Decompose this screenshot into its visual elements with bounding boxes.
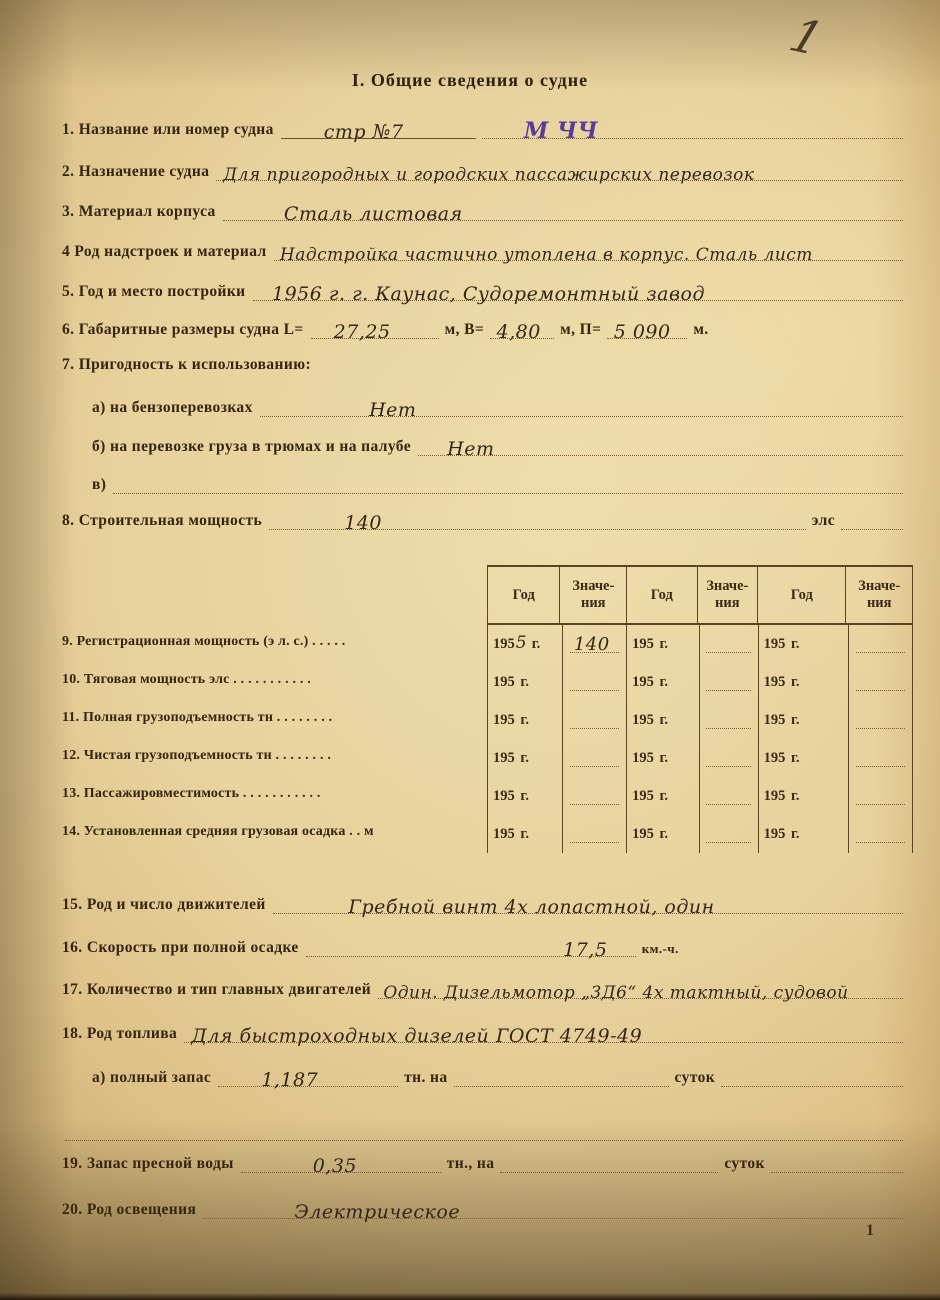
registration-table-grid: 1955 г.140195 г.195 г.195 г.195 г.195 г.…	[487, 625, 913, 853]
table-header-values-2: Значе- ния	[698, 567, 759, 623]
value-dotted-line: 140	[570, 636, 619, 653]
year-prefix: 195	[493, 750, 515, 767]
item-16-unit-label: км.-ч.	[639, 941, 682, 957]
item-15-row: 15. Род и число движителей Гребной винт …	[62, 893, 906, 914]
year-suffix: г.	[787, 826, 799, 843]
item-18a-trailing-line	[721, 1066, 903, 1087]
item-18a-handwritten-value: 1,187	[261, 1071, 318, 1090]
item-7a-row: а) на бензоперевозках Нет	[92, 396, 906, 417]
item-19-days-line	[500, 1152, 718, 1173]
item-17-row: 17. Количество и тип главных двигателей …	[62, 978, 906, 999]
item-1-handwritten-code: М ЧЧ	[524, 120, 598, 142]
year-suffix: г.	[656, 636, 668, 653]
item-3-label: 3. Материал корпуса	[62, 203, 220, 221]
item-3-row: 3. Материал корпуса Сталь листовая	[62, 200, 906, 221]
year-suffix: г.	[517, 826, 529, 843]
item-18a-row: а) полный запас 1,187 тн. на суток	[92, 1066, 906, 1087]
item-16-handwritten-value: 17,5	[563, 941, 607, 960]
year-suffix: г.	[787, 750, 799, 767]
year-suffix: г.	[787, 636, 799, 653]
value-dotted-line	[706, 674, 751, 691]
item-6-length-line: 27,25	[311, 318, 439, 339]
item-19-handwritten-value: 0,35	[313, 1157, 357, 1176]
item-9-label: 9. Регистрационная мощность (э л. с.) . …	[62, 634, 482, 650]
table-value-cell	[700, 701, 758, 739]
item-6-length-value: 27,25	[334, 323, 391, 342]
year-prefix: 195	[764, 712, 786, 729]
table-year-cell: 195 г.	[627, 701, 700, 739]
item-6-depth-value: 5 090	[614, 323, 671, 342]
item-1-line-continuation: М ЧЧ	[482, 118, 903, 139]
item-4-label: 4 Род надстроек и материал	[62, 243, 271, 261]
handwritten-year-digit: 5	[516, 633, 527, 653]
table-value-cell	[849, 777, 913, 815]
item-11-label: 11. Полная грузоподъемность тн . . . . .…	[62, 710, 482, 726]
item-16-line: 17,5	[306, 936, 636, 957]
item-17-line: Один. Дизельмотор „3Д6“ 4х тактный, судо…	[378, 978, 903, 999]
item-7a-label: а) на бензоперевозках	[92, 399, 257, 417]
table-value-cell	[563, 777, 627, 815]
item-7-row: 7. Пригодность к использованию:	[62, 356, 906, 374]
table-year-cell: 195 г.	[488, 663, 563, 701]
item-18-row: 18. Род топлива Для быстроходных дизелей…	[62, 1022, 906, 1043]
item-2-row: 2. Назначение судна Для пригородных и го…	[62, 160, 906, 181]
table-year-cell: 195 г.	[759, 777, 849, 815]
item-7c-line	[113, 473, 903, 494]
year-prefix: 195	[493, 636, 515, 653]
year-prefix: 195	[764, 674, 786, 691]
item-5-handwritten-value: 1956 г. г. Каунас, Судоремонтный завод	[272, 285, 705, 304]
item-3-handwritten-value: Сталь листовая	[284, 205, 463, 224]
item-14-label: 14. Установленная средняя грузовая осадк…	[62, 824, 482, 840]
item-19-row: 19. Запас пресной воды 0,35 тн., на суто…	[62, 1152, 906, 1173]
year-prefix: 195	[493, 788, 515, 805]
table-row: 1955 г.140195 г.195 г.	[488, 625, 913, 663]
item-4-handwritten-value: Надстройка частично утоплена в корпус. С…	[280, 247, 813, 264]
year-suffix: г.	[656, 826, 668, 843]
item-2-label: 2. Назначение судна	[62, 163, 213, 181]
item-1-handwritten-value: стр №7	[324, 123, 404, 142]
value-dotted-line	[570, 788, 619, 805]
item-15-handwritten-value: Гребной винт 4х лопастной, один	[348, 898, 714, 917]
item-18-line: Для быстроходных дизелей ГОСТ 4749-49	[184, 1022, 903, 1043]
item-6-beam-label: м, B=	[442, 321, 487, 339]
table-header: Год Значе- ния Год Значе- ния Год Значе-…	[487, 565, 913, 625]
year-prefix: 195	[764, 750, 786, 767]
year-prefix: 195	[493, 674, 515, 691]
table-value-cell	[563, 663, 627, 701]
item-18a-label: а) полный запас	[92, 1069, 215, 1087]
value-dotted-line	[706, 826, 751, 843]
item-18a-days-label: суток	[672, 1069, 719, 1087]
item-7b-row: б) на перевозке груза в трюмах и на палу…	[92, 435, 906, 456]
item-18a-unit-label: тн. на	[401, 1069, 450, 1087]
item-4-row: 4 Род надстроек и материал Надстройка ча…	[62, 240, 906, 261]
item-6-label: 6. Габаритные размеры судна L=	[62, 321, 308, 339]
item-18-label: 18. Род топлива	[62, 1025, 181, 1043]
table-value-cell	[700, 739, 758, 777]
item-8-unit-label: элс	[809, 512, 838, 530]
year-prefix: 195	[764, 826, 786, 843]
value-dotted-line	[706, 636, 751, 653]
item-2-line: Для пригородных и городских пассажирских…	[216, 160, 903, 181]
year-prefix: 195	[632, 750, 654, 767]
item-6-beam-line: 4,80	[490, 318, 554, 339]
item-7b-label: б) на перевозке груза в трюмах и на палу…	[92, 438, 415, 456]
item-5-line: 1956 г. г. Каунас, Судоремонтный завод	[253, 280, 904, 301]
table-value-cell	[700, 625, 758, 663]
item-18-handwritten-value: Для быстроходных дизелей ГОСТ 4749-49	[191, 1027, 642, 1046]
year-prefix: 195	[493, 826, 515, 843]
item-7a-line: Нет	[260, 396, 903, 417]
value-dotted-line	[570, 750, 619, 767]
value-dotted-line	[856, 674, 905, 691]
item-1-label: 1. Название или номер судна	[62, 121, 278, 139]
table-row: 195 г.195 г.195 г.	[488, 815, 913, 853]
item-19-trailing-line	[771, 1152, 903, 1173]
year-prefix: 195	[632, 674, 654, 691]
item-6-depth-label: м, П=	[557, 321, 604, 339]
table-year-cell: 195 г.	[627, 815, 700, 853]
table-year-cell: 195 г.	[627, 625, 700, 663]
table-year-cell: 195 г.	[488, 815, 563, 853]
item-7c-row: в)	[92, 473, 906, 494]
item-2-handwritten-value: Для пригородных и городских пассажирских…	[223, 167, 754, 184]
value-dotted-line	[706, 712, 751, 729]
table-value-cell	[563, 701, 627, 739]
item-20-row: 20. Род освещения Электрическое	[62, 1198, 906, 1219]
item-20-line: Электрическое	[203, 1198, 903, 1219]
table-row: 195 г.195 г.195 г.	[488, 701, 913, 739]
value-dotted-line	[570, 674, 619, 691]
item-10-label: 10. Тяговая мощность элс . . . . . . . .…	[62, 672, 482, 688]
item-17-handwritten-value: Один. Дизельмотор „3Д6“ 4х тактный, судо…	[383, 985, 848, 1002]
year-prefix: 195	[632, 788, 654, 805]
table-year-cell: 195 г.	[759, 739, 849, 777]
year-prefix: 195	[764, 788, 786, 805]
year-suffix: г.	[656, 674, 668, 691]
form-title: I. Общие сведения о судне	[0, 70, 940, 91]
year-suffix: г.	[517, 750, 529, 767]
item-5-label: 5. Год и место постройки	[62, 283, 250, 301]
handwritten-table-value: 140	[574, 636, 610, 654]
item-12-label: 12. Чистая грузоподъемность тн . . . . .…	[62, 748, 482, 764]
table-header-values-1: Значе- ния	[560, 567, 627, 623]
year-prefix: 195	[493, 712, 515, 729]
item-7b-line: Нет	[418, 435, 903, 456]
table-header-year-1: Год	[488, 567, 560, 623]
table-year-cell: 195 г.	[627, 777, 700, 815]
blank-continuation-line	[65, 1120, 903, 1141]
table-value-cell	[700, 777, 758, 815]
item-7b-handwritten-value: Нет	[447, 440, 494, 459]
table-header-values-3: Значе- ния	[846, 567, 913, 623]
item-18a-days-line	[454, 1066, 669, 1087]
item-7a-handwritten-value: Нет	[369, 401, 416, 420]
year-suffix: г.	[517, 712, 529, 729]
table-year-cell: 195 г.	[759, 625, 849, 663]
item-6-unit-label: м.	[690, 321, 711, 339]
value-dotted-line	[856, 636, 905, 653]
table-year-cell: 195 г.	[759, 815, 849, 853]
item-15-line: Гребной винт 4х лопастной, один	[273, 893, 903, 914]
year-suffix: г.	[787, 788, 799, 805]
year-prefix: 195	[632, 712, 654, 729]
table-year-cell: 195 г.	[488, 777, 563, 815]
item-5-row: 5. Год и место постройки 1956 г. г. Каун…	[62, 280, 906, 301]
table-value-cell	[849, 701, 913, 739]
table-year-cell: 195 г.	[759, 663, 849, 701]
scanned-form-page: 1 I. Общие сведения о судне 1. Название …	[0, 0, 940, 1300]
item-16-row: 16. Скорость при полной осадке 17,5 км.-…	[62, 936, 682, 957]
item-6-row: 6. Габаритные размеры судна L= 27,25 м, …	[62, 318, 906, 339]
item-6-beam-value: 4,80	[497, 323, 541, 342]
table-year-cell: 195 г.	[759, 701, 849, 739]
value-dotted-line	[856, 750, 905, 767]
table-row: 195 г.195 г.195 г.	[488, 739, 913, 777]
table-header-year-2: Год	[627, 567, 698, 623]
year-suffix: г.	[656, 750, 668, 767]
table-value-cell	[700, 815, 758, 853]
table-value-cell	[849, 815, 913, 853]
item-16-label: 16. Скорость при полной осадке	[62, 939, 303, 957]
table-value-cell: 140	[563, 625, 627, 663]
item-18a-line: 1,187	[218, 1066, 398, 1087]
blank-continuation-row	[62, 1120, 906, 1141]
item-6-depth-line: 5 090	[607, 318, 687, 339]
table-year-cell: 195 г.	[488, 739, 563, 777]
item-19-unit-label: тн., на	[444, 1155, 498, 1173]
year-suffix: г.	[787, 674, 799, 691]
year-prefix: 195	[632, 826, 654, 843]
year-suffix: г.	[656, 712, 668, 729]
table-value-cell	[700, 663, 758, 701]
item-15-label: 15. Род и число движителей	[62, 896, 270, 914]
table-row: 195 г.195 г.195 г.	[488, 663, 913, 701]
registration-table: Год Значе- ния Год Значе- ния Год Значе-…	[487, 565, 913, 853]
year-prefix: 195	[764, 636, 786, 653]
value-dotted-line	[570, 826, 619, 843]
value-dotted-line	[706, 788, 751, 805]
year-suffix: г.	[787, 712, 799, 729]
item-19-line: 0,35	[241, 1152, 441, 1173]
table-year-cell: 195 г.	[627, 739, 700, 777]
table-value-cell	[563, 739, 627, 777]
item-7-label: 7. Пригодность к использованию:	[62, 356, 315, 374]
table-value-cell	[849, 663, 913, 701]
item-8-trailing-line	[841, 509, 903, 530]
value-dotted-line	[570, 712, 619, 729]
table-row: 195 г.195 г.195 г.	[488, 777, 913, 815]
value-dotted-line	[856, 826, 905, 843]
item-4-line: Надстройка частично утоплена в корпус. С…	[274, 240, 903, 261]
printed-page-number: 1	[866, 1222, 874, 1240]
item-8-line: 140	[269, 509, 806, 530]
year-suffix: г.	[517, 788, 529, 805]
item-19-label: 19. Запас пресной воды	[62, 1155, 238, 1173]
table-header-year-3: Год	[758, 567, 846, 623]
table-year-cell: 195 г.	[488, 701, 563, 739]
item-20-handwritten-value: Электрическое	[294, 1203, 460, 1222]
year-suffix: г.	[656, 788, 668, 805]
item-19-days-label: суток	[721, 1155, 768, 1173]
item-1-row: 1. Название или номер судна стр №7 М ЧЧ	[62, 118, 906, 139]
handwritten-corner-page-number: 1	[784, 12, 829, 62]
year-suffix: г.	[528, 636, 540, 653]
item-7c-label: в)	[92, 476, 110, 494]
value-dotted-line	[856, 788, 905, 805]
table-year-cell: 1955 г.	[488, 625, 563, 663]
value-dotted-line	[856, 712, 905, 729]
value-dotted-line	[706, 750, 751, 767]
year-suffix: г.	[517, 674, 529, 691]
table-value-cell	[849, 739, 913, 777]
table-year-cell: 195 г.	[627, 663, 700, 701]
item-3-line: Сталь листовая	[223, 200, 903, 221]
item-8-label: 8. Строительная мощность	[62, 512, 266, 530]
table-value-cell	[563, 815, 627, 853]
item-1-line: стр №7	[281, 118, 476, 139]
year-prefix: 195	[632, 636, 654, 653]
item-17-label: 17. Количество и тип главных двигателей	[62, 981, 375, 999]
item-13-label: 13. Пассажировместимость . . . . . . . .…	[62, 786, 482, 802]
table-value-cell	[849, 625, 913, 663]
item-8-handwritten-value: 140	[344, 514, 382, 533]
item-8-row: 8. Строительная мощность 140 элс	[62, 509, 906, 530]
item-20-label: 20. Род освещения	[62, 1201, 200, 1219]
